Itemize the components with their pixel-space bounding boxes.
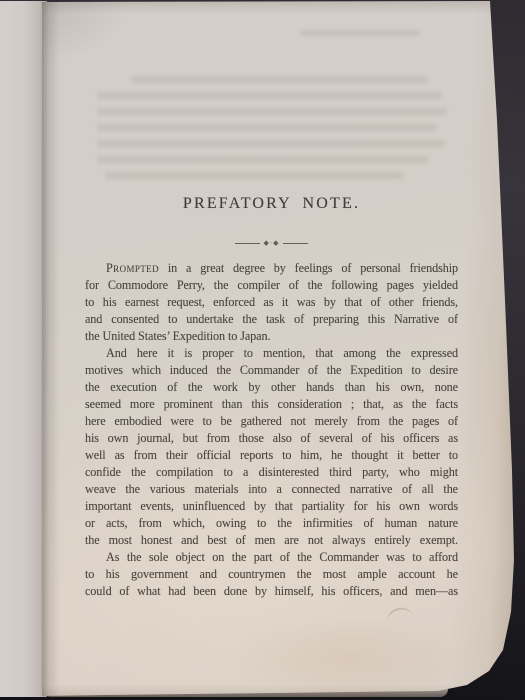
paragraph: Prompted in a great degree by feelings o… — [85, 260, 458, 345]
text-line: the most honest and best of men are not … — [85, 532, 458, 549]
book-page: PREFATORY NOTE. ◆·◆ Prompted in a great … — [0, 0, 525, 700]
text-line: or acts, from which, owing to the infirm… — [85, 515, 458, 532]
text-line: confide the compilation to a disinterest… — [85, 464, 458, 481]
body-text: Prompted in a great degree by feelings o… — [85, 260, 458, 600]
text-line: and consented to undertake the task of p… — [85, 311, 458, 328]
divider-line-left — [235, 243, 260, 244]
text-line: to his government and countrymen the mos… — [85, 566, 458, 583]
text-line: the United States’ Expedition to Japan. — [85, 328, 458, 345]
divider-line-right — [283, 243, 308, 244]
small-caps-lead: Prompted — [106, 261, 159, 275]
divider-ornament-icon: ◆·◆ — [263, 239, 279, 248]
ornament-divider: ◆·◆ — [234, 238, 310, 248]
facing-page-edge — [0, 1, 47, 697]
text-line: well as from their official reports to h… — [85, 447, 458, 464]
text-line: his own journal, but from those also of … — [85, 430, 458, 447]
book-page-photo: PREFATORY NOTE. ◆·◆ Prompted in a great … — [0, 0, 525, 700]
text-line: seemed more prominent than this consider… — [85, 396, 458, 413]
text-line: here embodied were to be gathered not me… — [85, 413, 458, 430]
text-line: the execution of the work by other hands… — [85, 379, 458, 396]
text-line: motives which induced the Commander of t… — [85, 362, 458, 379]
text-line: to his earnest request, enforced as it w… — [85, 294, 458, 311]
gutter-fold-shadow — [42, 0, 60, 700]
text-line: weave the various materials into a conne… — [85, 481, 458, 498]
paragraph: As the sole object on the part of the Co… — [85, 549, 458, 600]
text-line: And here it is proper to mention, that a… — [85, 345, 458, 362]
paragraph: And here it is proper to mention, that a… — [85, 345, 458, 549]
page-title: PREFATORY NOTE. — [85, 194, 458, 214]
text-line: for Commodore Perry, the compiler of the… — [85, 277, 458, 294]
text-line: As the sole object on the part of the Co… — [85, 549, 458, 566]
printed-text-block: PREFATORY NOTE. ◆·◆ Prompted in a great … — [85, 0, 458, 700]
text-line: could of what had been done by himself, … — [85, 583, 458, 600]
text-line: Prompted in a great degree by feelings o… — [85, 260, 458, 277]
text-line: important events, uninfluenced by that p… — [85, 498, 458, 515]
